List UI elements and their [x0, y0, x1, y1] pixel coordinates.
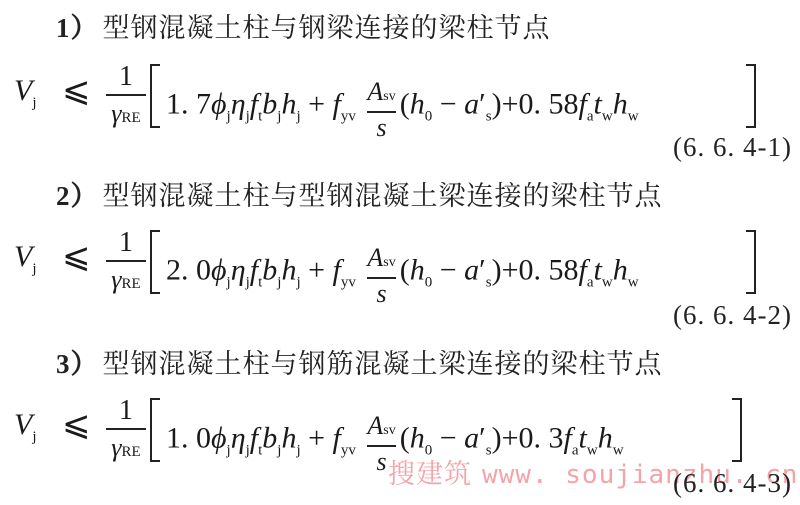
- equation-number: (6. 6. 4-3): [673, 468, 792, 499]
- formula-6-6-4-1: Vj ⩽ 1 γRE 1. 7ϕjηjftbjhj + fyv Asvs(h0 …: [10, 60, 790, 140]
- watermark-cn: 搜建筑: [388, 459, 472, 490]
- section-number: 1）: [56, 13, 99, 43]
- formula-body: 1. 7ϕjηjftbjhj + fyv Asvs(h0 − a′s)+0. 5…: [166, 74, 639, 139]
- equation-number: (6. 6. 4-1): [673, 132, 792, 163]
- leq-symbol: ⩽: [62, 70, 91, 110]
- section-2-heading: 2）型钢混凝土柱与型钢混凝土梁连接的梁柱节点: [56, 174, 663, 213]
- section-title: 型钢混凝土柱与型钢混凝土梁连接的梁柱节点: [103, 181, 663, 212]
- left-bracket: [150, 398, 160, 462]
- gamma-fraction: 1 γRE: [104, 60, 148, 136]
- formula-body: 2. 0ϕjηjftbjhj + fyv Asvs(h0 − a′s)+0. 5…: [166, 240, 639, 305]
- section-title: 型钢混凝土柱与钢梁连接的梁柱节点: [103, 13, 551, 44]
- section-number: 2）: [56, 181, 99, 211]
- gamma-fraction: 1 γRE: [104, 226, 148, 302]
- section-number: 3）: [56, 349, 99, 379]
- formula-lhs: Vj: [14, 408, 37, 446]
- section-3-heading: 3）型钢混凝土柱与钢筋混凝土梁连接的梁柱节点: [56, 342, 663, 381]
- leq-symbol: ⩽: [62, 404, 91, 444]
- leq-symbol: ⩽: [62, 236, 91, 276]
- section-title: 型钢混凝土柱与钢筋混凝土梁连接的梁柱节点: [103, 349, 663, 380]
- formula-lhs: Vj: [14, 74, 37, 112]
- gamma-fraction: 1 γRE: [104, 394, 148, 470]
- left-bracket: [150, 230, 160, 294]
- right-bracket: [746, 64, 756, 128]
- section-1-heading: 1）型钢混凝土柱与钢梁连接的梁柱节点: [56, 6, 551, 45]
- formula-lhs: Vj: [14, 240, 37, 278]
- right-bracket: [746, 230, 756, 294]
- left-bracket: [150, 64, 160, 128]
- formula-6-6-4-2: Vj ⩽ 1 γRE 2. 0ϕjηjftbjhj + fyv Asvs(h0 …: [10, 226, 790, 306]
- equation-number: (6. 6. 4-2): [673, 300, 792, 331]
